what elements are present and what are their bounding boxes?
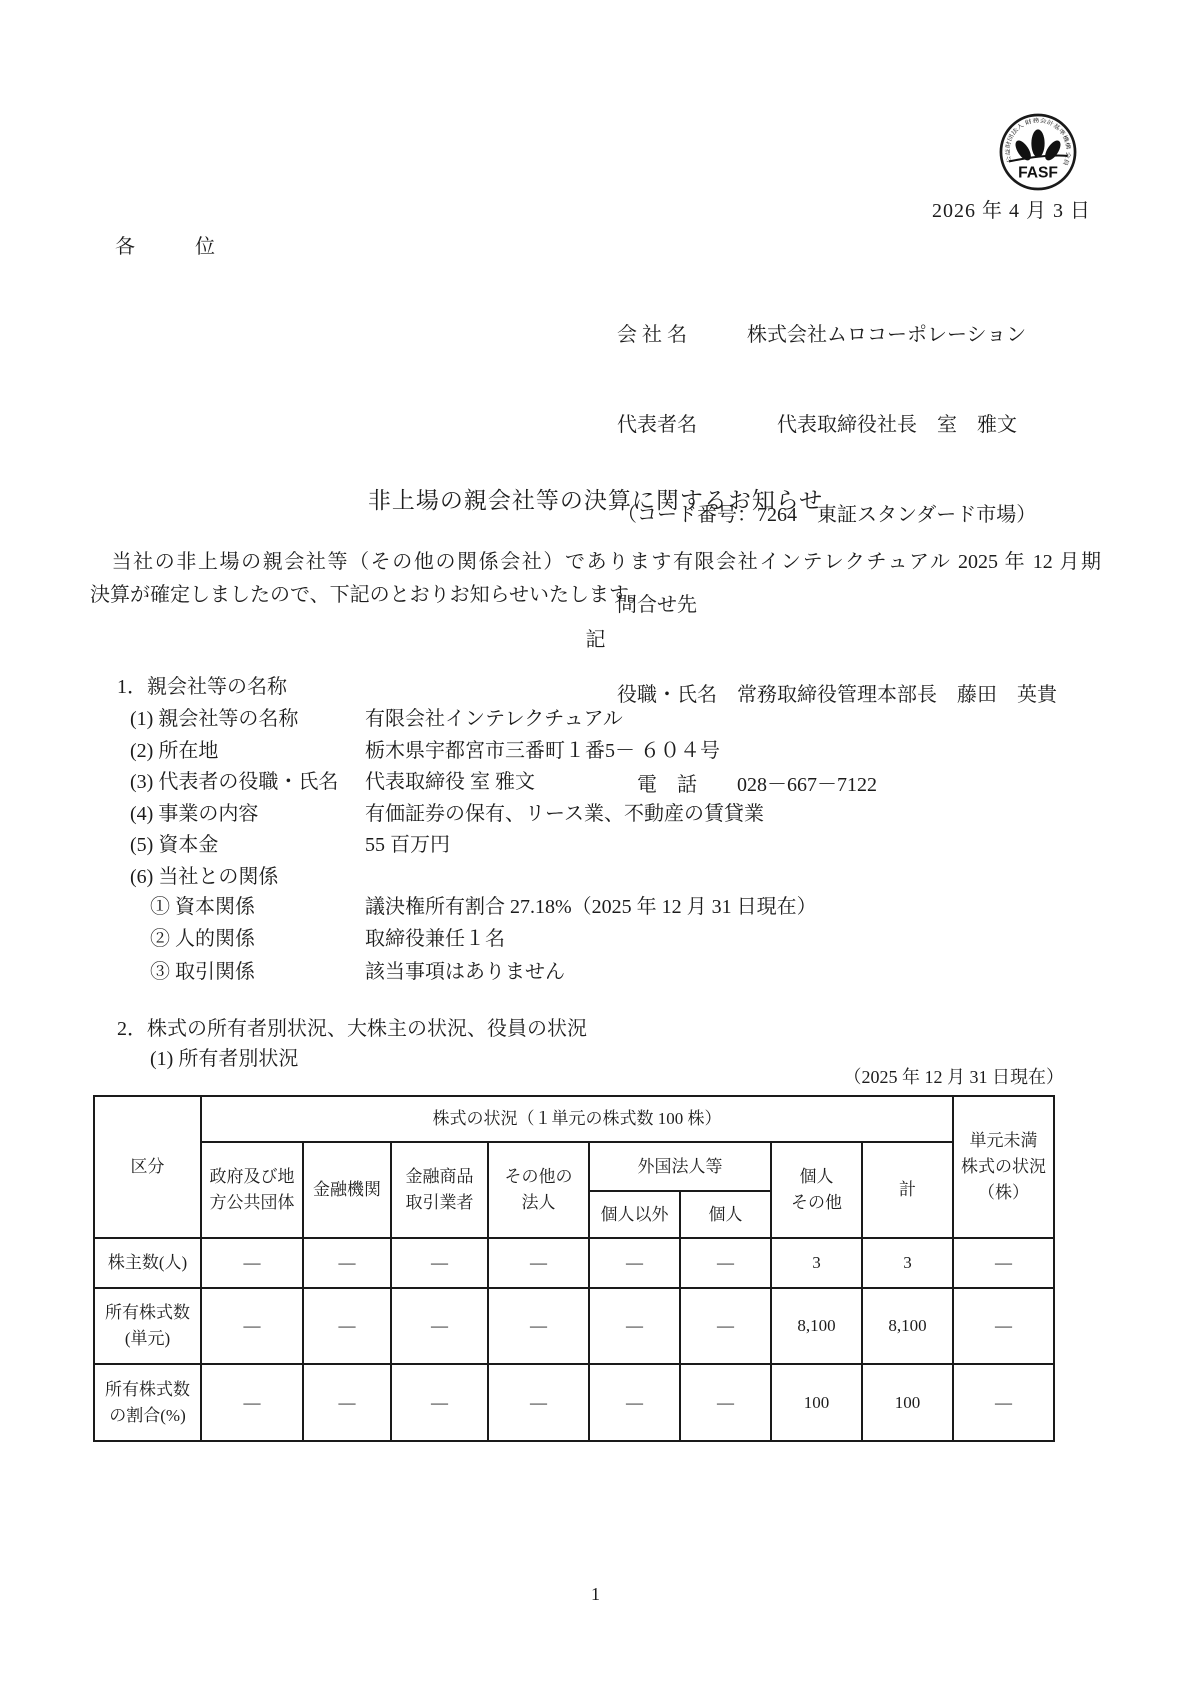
table-row-shares-held: 所有株式数 (単元) ― ― ― ― ― ― 8,100 8,100 ― (94, 1288, 1054, 1364)
table-cell: ― (488, 1288, 589, 1364)
table-cell: ― (391, 1288, 488, 1364)
fasf-logo: 公益財団法人 財務会計基準機構 会員 FASF (999, 113, 1077, 191)
table-cell: ― (953, 1288, 1054, 1364)
table-cell: ― (391, 1364, 488, 1441)
detail-row-name: (1) 親会社等の名称 有限会社インテレクチュアル (130, 701, 764, 733)
header-line: （株） (954, 1180, 1053, 1206)
table-cell: ― (201, 1364, 303, 1441)
table-cell: ― (391, 1238, 488, 1288)
table-cell: 100 (862, 1364, 953, 1441)
table-row-shareholders: 株主数(人) ― ― ― ― ― ― 3 3 ― (94, 1238, 1054, 1288)
detail-label: (6) 当社との関係 (130, 860, 365, 889)
table-cell: ― (680, 1238, 771, 1288)
col-financial-institutions: 金融機関 (303, 1142, 391, 1238)
logo-wordmark: FASF (1018, 165, 1058, 182)
header-line: 取引業者 (392, 1190, 487, 1216)
table-cell: ― (589, 1238, 680, 1288)
table-cell: ― (589, 1288, 680, 1364)
header-line: 法人 (489, 1190, 588, 1216)
ownership-table: 区分 株式の状況（１単元の株式数 100 株） 単元未満 株式の状況 （株） 政… (93, 1095, 1055, 1442)
table-cell: ― (303, 1364, 391, 1441)
col-individuals-other: 個人 その他 (771, 1142, 862, 1238)
page-number: 1 (0, 1584, 1191, 1605)
row-label-line: (単元) (95, 1326, 200, 1352)
document-date: 2026 年 4 月 3 日 (932, 194, 1091, 223)
detail-label: ③ 取引関係 (150, 955, 365, 984)
table-cell: ― (953, 1238, 1054, 1288)
table-cell: ― (953, 1364, 1054, 1441)
row-label-line: の割合(%) (95, 1403, 200, 1429)
header-line: その他 (772, 1190, 861, 1216)
detail-row-capital: (5) 資本金 55 百万円 (130, 827, 764, 859)
header-line: 個人 (772, 1164, 861, 1190)
detail-label: (3) 代表者の役職・氏名 (130, 765, 365, 794)
detail-value: 議決権所有割合 27.18%（2025 年 12 月 31 日現在） (365, 890, 817, 919)
table-cell: 8,100 (862, 1288, 953, 1364)
detail-label: (5) 資本金 (130, 828, 365, 857)
addressee: 各 位 (115, 230, 215, 259)
col-foreign-individual: 個人 (680, 1191, 771, 1238)
detail-value: 代表取締役 室 雅文 (365, 765, 535, 794)
detail-value: 55 百万円 (365, 828, 450, 857)
document-page: 公益財団法人 財務会計基準機構 会員 FASF 2026 年 4 月 3 日 各… (0, 0, 1191, 1684)
col-foreign-non-individual: 個人以外 (589, 1191, 680, 1238)
detail-value: 有限会社インテレクチュアル (365, 702, 623, 731)
logo-leaf-center (1031, 129, 1044, 157)
section2-heading: 2．株式の所有者別状況、大株主の状況、役員の状況 (117, 1012, 587, 1041)
header-line: その他の (489, 1164, 588, 1190)
table-cell: ― (488, 1364, 589, 1441)
detail-label: ② 人的関係 (150, 922, 365, 951)
col-other-corporations: その他の 法人 (488, 1142, 589, 1238)
table-cell: ― (303, 1288, 391, 1364)
header-line: 政府及び地 (202, 1164, 302, 1190)
table-cell: 3 (862, 1238, 953, 1288)
col-government: 政府及び地 方公共団体 (201, 1142, 303, 1238)
detail-value: 取締役兼任１名 (365, 922, 505, 951)
detail-label: (2) 所在地 (130, 734, 365, 763)
col-securities-firms: 金融商品 取引業者 (391, 1142, 488, 1238)
col-group-share-status: 株式の状況（１単元の株式数 100 株） (201, 1096, 953, 1142)
table-row-ownership-ratio: 所有株式数 の割合(%) ― ― ― ― ― ― 100 100 ― (94, 1364, 1054, 1441)
representative-line: 代表者名 代表取締役社長 室 雅文 (617, 410, 1057, 440)
detail-value: 有価証券の保有、リース業、不動産の賃貸業 (365, 797, 764, 826)
detail-label: (4) 事業の内容 (130, 797, 365, 826)
relationship-row-capital: ① 資本関係 議決権所有割合 27.18%（2025 年 12 月 31 日現在… (150, 888, 817, 921)
section1-heading: 1．親会社等の名称 (117, 670, 287, 699)
table-cell: ― (680, 1288, 771, 1364)
note-mark: 記 (0, 623, 1191, 652)
table-cell: ― (589, 1364, 680, 1441)
detail-label: ① 資本関係 (150, 890, 365, 919)
detail-value: 栃木県宇都宮市三番町１番5－ ６０４号 (365, 734, 720, 763)
table-as-of-date: （2025 年 12 月 31 日現在） (93, 1063, 1064, 1089)
intro-line-1: 当社の非上場の親会社等（その他の関係会社）であります有限会社インテレクチュアル … (90, 546, 1101, 579)
row-label: 所有株式数 (単元) (94, 1288, 201, 1364)
table-cell: ― (680, 1364, 771, 1441)
header-line: 株式の状況 (954, 1154, 1053, 1180)
header-line: 単元未満 (954, 1128, 1053, 1154)
table-cell: 8,100 (771, 1288, 862, 1364)
detail-row-relationship: (6) 当社との関係 (130, 859, 764, 891)
header-line: 方公共団体 (202, 1190, 302, 1216)
col-fractional-shares: 単元未満 株式の状況 （株） (953, 1096, 1054, 1238)
detail-value: 該当事項はありません (365, 955, 565, 984)
row-label: 所有株式数 の割合(%) (94, 1364, 201, 1441)
relationship-row-personnel: ② 人的関係 取締役兼任１名 (150, 921, 817, 954)
relationship-details: ① 資本関係 議決権所有割合 27.18%（2025 年 12 月 31 日現在… (150, 888, 817, 986)
detail-row-address: (2) 所在地 栃木県宇都宮市三番町１番5－ ６０４号 (130, 733, 764, 765)
table-cell: 3 (771, 1238, 862, 1288)
intro-paragraph: 当社の非上場の親会社等（その他の関係会社）であります有限会社インテレクチュアル … (90, 546, 1101, 612)
row-label: 株主数(人) (94, 1238, 201, 1288)
header-line: 金融商品 (392, 1164, 487, 1190)
row-label-line: 株主数(人) (95, 1250, 200, 1276)
table-cell: ― (201, 1288, 303, 1364)
col-total: 計 (862, 1142, 953, 1238)
intro-line-2: 決算が確定しましたので、下記のとおりお知らせいたします。 (90, 579, 1101, 612)
parent-company-details: (1) 親会社等の名称 有限会社インテレクチュアル (2) 所在地 栃木県宇都宮… (130, 701, 764, 890)
table-cell: ― (201, 1238, 303, 1288)
col-category: 区分 (94, 1096, 201, 1238)
table-cell: ― (303, 1238, 391, 1288)
table-cell: 100 (771, 1364, 862, 1441)
company-name-line: 会 社 名 株式会社ムロコーポレーション (617, 320, 1057, 350)
detail-row-representative: (3) 代表者の役職・氏名 代表取締役 室 雅文 (130, 764, 764, 796)
document-title: 非上場の親会社等の決算に関するお知らせ (0, 482, 1191, 515)
row-label-line: 所有株式数 (95, 1377, 200, 1403)
relationship-row-transactions: ③ 取引関係 該当事項はありません (150, 953, 817, 986)
detail-label: (1) 親会社等の名称 (130, 702, 365, 731)
col-foreign-entities: 外国法人等 (589, 1142, 771, 1191)
detail-row-business: (4) 事業の内容 有価証券の保有、リース業、不動産の賃貸業 (130, 796, 764, 828)
row-label-line: 所有株式数 (95, 1300, 200, 1326)
table-cell: ― (488, 1238, 589, 1288)
